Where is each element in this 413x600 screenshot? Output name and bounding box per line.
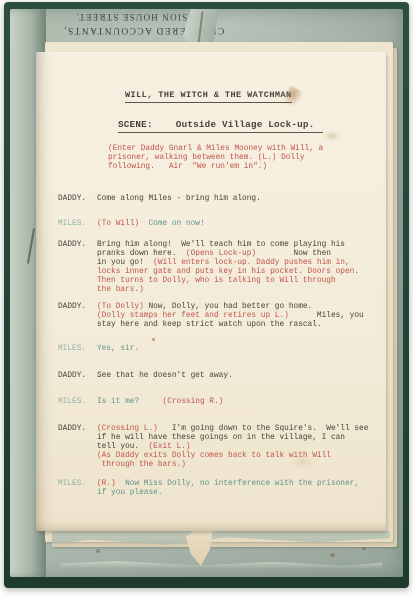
script-block: DADDY.(Crossing L.) I'm going down to th…	[36, 425, 386, 470]
script-text-segment: Yes, sir.	[97, 345, 139, 353]
script-text-segment: Now, Dolly, you had better go home.	[144, 303, 312, 311]
photo-of-script-book: CHARTERED ACCOUNTANTS, MANSION HOUSE STR…	[0, 0, 413, 600]
script-line: See that he doesn't get away.	[97, 372, 386, 381]
speech-lines: Yes, sir.	[97, 345, 386, 354]
script-line: (As Daddy exits Dolly comes back to talk…	[97, 452, 386, 461]
stain-speck	[362, 547, 366, 550]
script-line: (To Will) Come on now!	[97, 220, 386, 229]
speech-lines: (Crossing L.) I'm going down to the Squi…	[97, 425, 386, 470]
script-text-segment: (R.)	[97, 480, 116, 488]
red-ink-dot	[152, 338, 155, 341]
speaker-name: DADDY.	[58, 195, 97, 204]
script-line: Is it me? (Crossing R.)	[97, 398, 386, 407]
page-title: WILL, THE WITCH & THE WATCHMAN	[125, 90, 292, 103]
script-line: Come along Miles - bring him along.	[97, 195, 386, 204]
script-block: MILES.(R.) Now Miss Dolly, no interferen…	[36, 480, 386, 498]
script-text-segment: Now Miss Dolly, no interference with the…	[116, 480, 359, 488]
speaker-name: DADDY.	[58, 303, 97, 330]
script-line: (Crossing L.) I'm going down to the Squi…	[97, 425, 386, 434]
script-line: the bars.)	[97, 286, 386, 295]
speech-lines: Bring him along! We'll teach him to come…	[97, 241, 386, 295]
script-line: Bring him along! We'll teach him to come…	[97, 241, 386, 250]
scene-heading: SCENE: Outside Village Lock-up.	[118, 114, 386, 133]
script-line: tell you. (Exit L.)	[97, 443, 386, 452]
speaker-name: MILES.	[58, 398, 97, 407]
script-block: MILES.(To Will) Come on now!	[36, 220, 386, 229]
script-block: MILES.Is it me? (Crossing R.)	[36, 398, 386, 407]
script-text-segment: tell you.	[97, 443, 148, 451]
script-line: if he will have these goings on in the v…	[97, 434, 386, 443]
script-line: if you please.	[97, 489, 386, 498]
speaker-name: DADDY.	[58, 425, 97, 470]
speech-lines: (To Will) Come on now!	[97, 220, 386, 229]
speaker-name: DADDY.	[58, 241, 97, 295]
script-text-segment: (Enter Daddy Gnarl & Miles Mooney with W…	[108, 145, 323, 153]
scene-heading-text: SCENE: Outside Village Lock-up.	[118, 119, 323, 133]
script-block: MILES.Yes, sir.	[36, 345, 386, 354]
script-text-segment: Is it me?	[97, 398, 163, 406]
speech-lines: Come along Miles - bring him along.	[97, 195, 386, 204]
speech-lines: (Enter Daddy Gnarl & Miles Mooney with W…	[108, 145, 386, 172]
speech-lines: See that he doesn't get away.	[97, 372, 386, 381]
script-line: (Enter Daddy Gnarl & Miles Mooney with W…	[108, 145, 386, 154]
page-content: WILL, THE WITCH & THE WATCHMAN SCENE: Ou…	[36, 52, 386, 531]
script-text-segment: (Dolly stamps her feet and retires up L.…	[97, 312, 289, 320]
speaker-name: MILES.	[58, 345, 97, 354]
speaker-name: MILES.	[58, 480, 97, 498]
script-text-segment: See that he doesn't get away.	[97, 372, 233, 380]
script-line: through the bars.)	[97, 461, 386, 470]
script-text-segment: (Will enters lock-up. Daddy pushes him i…	[153, 259, 350, 267]
script-block: DADDY.(To Dolly) Now, Dolly, you had bet…	[36, 303, 386, 330]
script-block: DADDY.Bring him along! We'll teach him t…	[36, 241, 386, 295]
script-block: DADDY.Come along Miles - bring him along…	[36, 195, 386, 204]
script-text-segment: (Crossing R.)	[163, 398, 224, 406]
script-line: Then turns to Dolly, who is talking to W…	[97, 277, 386, 286]
script-text-segment: through the bars.)	[97, 461, 186, 469]
script-page: WILL, THE WITCH & THE WATCHMAN SCENE: Ou…	[36, 52, 386, 531]
speech-lines: Is it me? (Crossing R.)	[97, 398, 386, 407]
script-text-segment: Bring him along! We'll teach him to come…	[97, 241, 345, 249]
script-text-segment: (Opens Lock-up)	[186, 250, 256, 258]
script-text-segment: if he will have these goings on in the v…	[97, 434, 345, 442]
script-text-segment: I'm going down to the Squire's. We'll se…	[158, 425, 369, 433]
script-text-segment: Come on now!	[139, 220, 205, 228]
script-text-segment: (To Dolly)	[97, 303, 144, 311]
script-line: (To Dolly) Now, Dolly, you had better go…	[97, 303, 386, 312]
script-text-segment: (To Will)	[97, 220, 139, 228]
speech-lines: (R.) Now Miss Dolly, no interference wit…	[97, 480, 386, 498]
script-line: in you go! (Will enters lock-up. Daddy p…	[97, 259, 386, 268]
script-text-segment: (Exit L.)	[148, 443, 190, 451]
script-line: stay here and keep strict watch upon the…	[97, 321, 386, 330]
stain-speck	[330, 553, 335, 557]
speech-lines: (To Dolly) Now, Dolly, you had better go…	[97, 303, 386, 330]
script-text-segment: (Crossing L.)	[97, 425, 158, 433]
script-text-segment: prisoner, walking between them. (L.) Dol…	[108, 154, 305, 162]
script-text-segment: Now then	[256, 250, 331, 258]
speaker-name: DADDY.	[58, 372, 97, 381]
script-block: DADDY.See that he doesn't get away.	[36, 372, 386, 381]
script-line: locks inner gate and puts key in his poc…	[97, 268, 386, 277]
script-text-segment: following. Air "We run'em in".)	[108, 163, 267, 171]
script-text-segment: stay here and keep strict watch upon the…	[97, 321, 322, 329]
script-text-segment: in you go!	[97, 259, 153, 267]
speaker-name: MILES.	[58, 220, 97, 229]
script-text-segment: the bars.)	[97, 286, 144, 294]
script-line: (R.) Now Miss Dolly, no interference wit…	[97, 480, 386, 489]
script-block: (Enter Daddy Gnarl & Miles Mooney with W…	[36, 145, 386, 172]
script-text-segment: Then turns to Dolly, who is talking to W…	[97, 277, 336, 285]
script-line: prisoner, walking between them. (L.) Dol…	[108, 154, 386, 163]
script-text-segment: if you please.	[97, 489, 163, 497]
script-line: following. Air "We run'em in".)	[108, 163, 386, 172]
stain-speck	[96, 549, 100, 553]
script-line: pranks down here. (Opens Lock-up) Now th…	[97, 250, 386, 259]
script-text-segment: Come along Miles - bring him along.	[97, 195, 261, 203]
script-text-segment: locks inner gate and puts key in his poc…	[97, 268, 359, 276]
script-text-segment: pranks down here.	[97, 250, 186, 258]
faint-stain	[322, 130, 342, 142]
script-line: (Dolly stamps her feet and retires up L.…	[97, 312, 386, 321]
script-text-segment: Miles, you	[289, 312, 364, 320]
script-line: Yes, sir.	[97, 345, 386, 354]
script-body: (Enter Daddy Gnarl & Miles Mooney with W…	[36, 145, 386, 498]
faint-stain	[290, 455, 316, 469]
speaker-name	[58, 145, 97, 172]
